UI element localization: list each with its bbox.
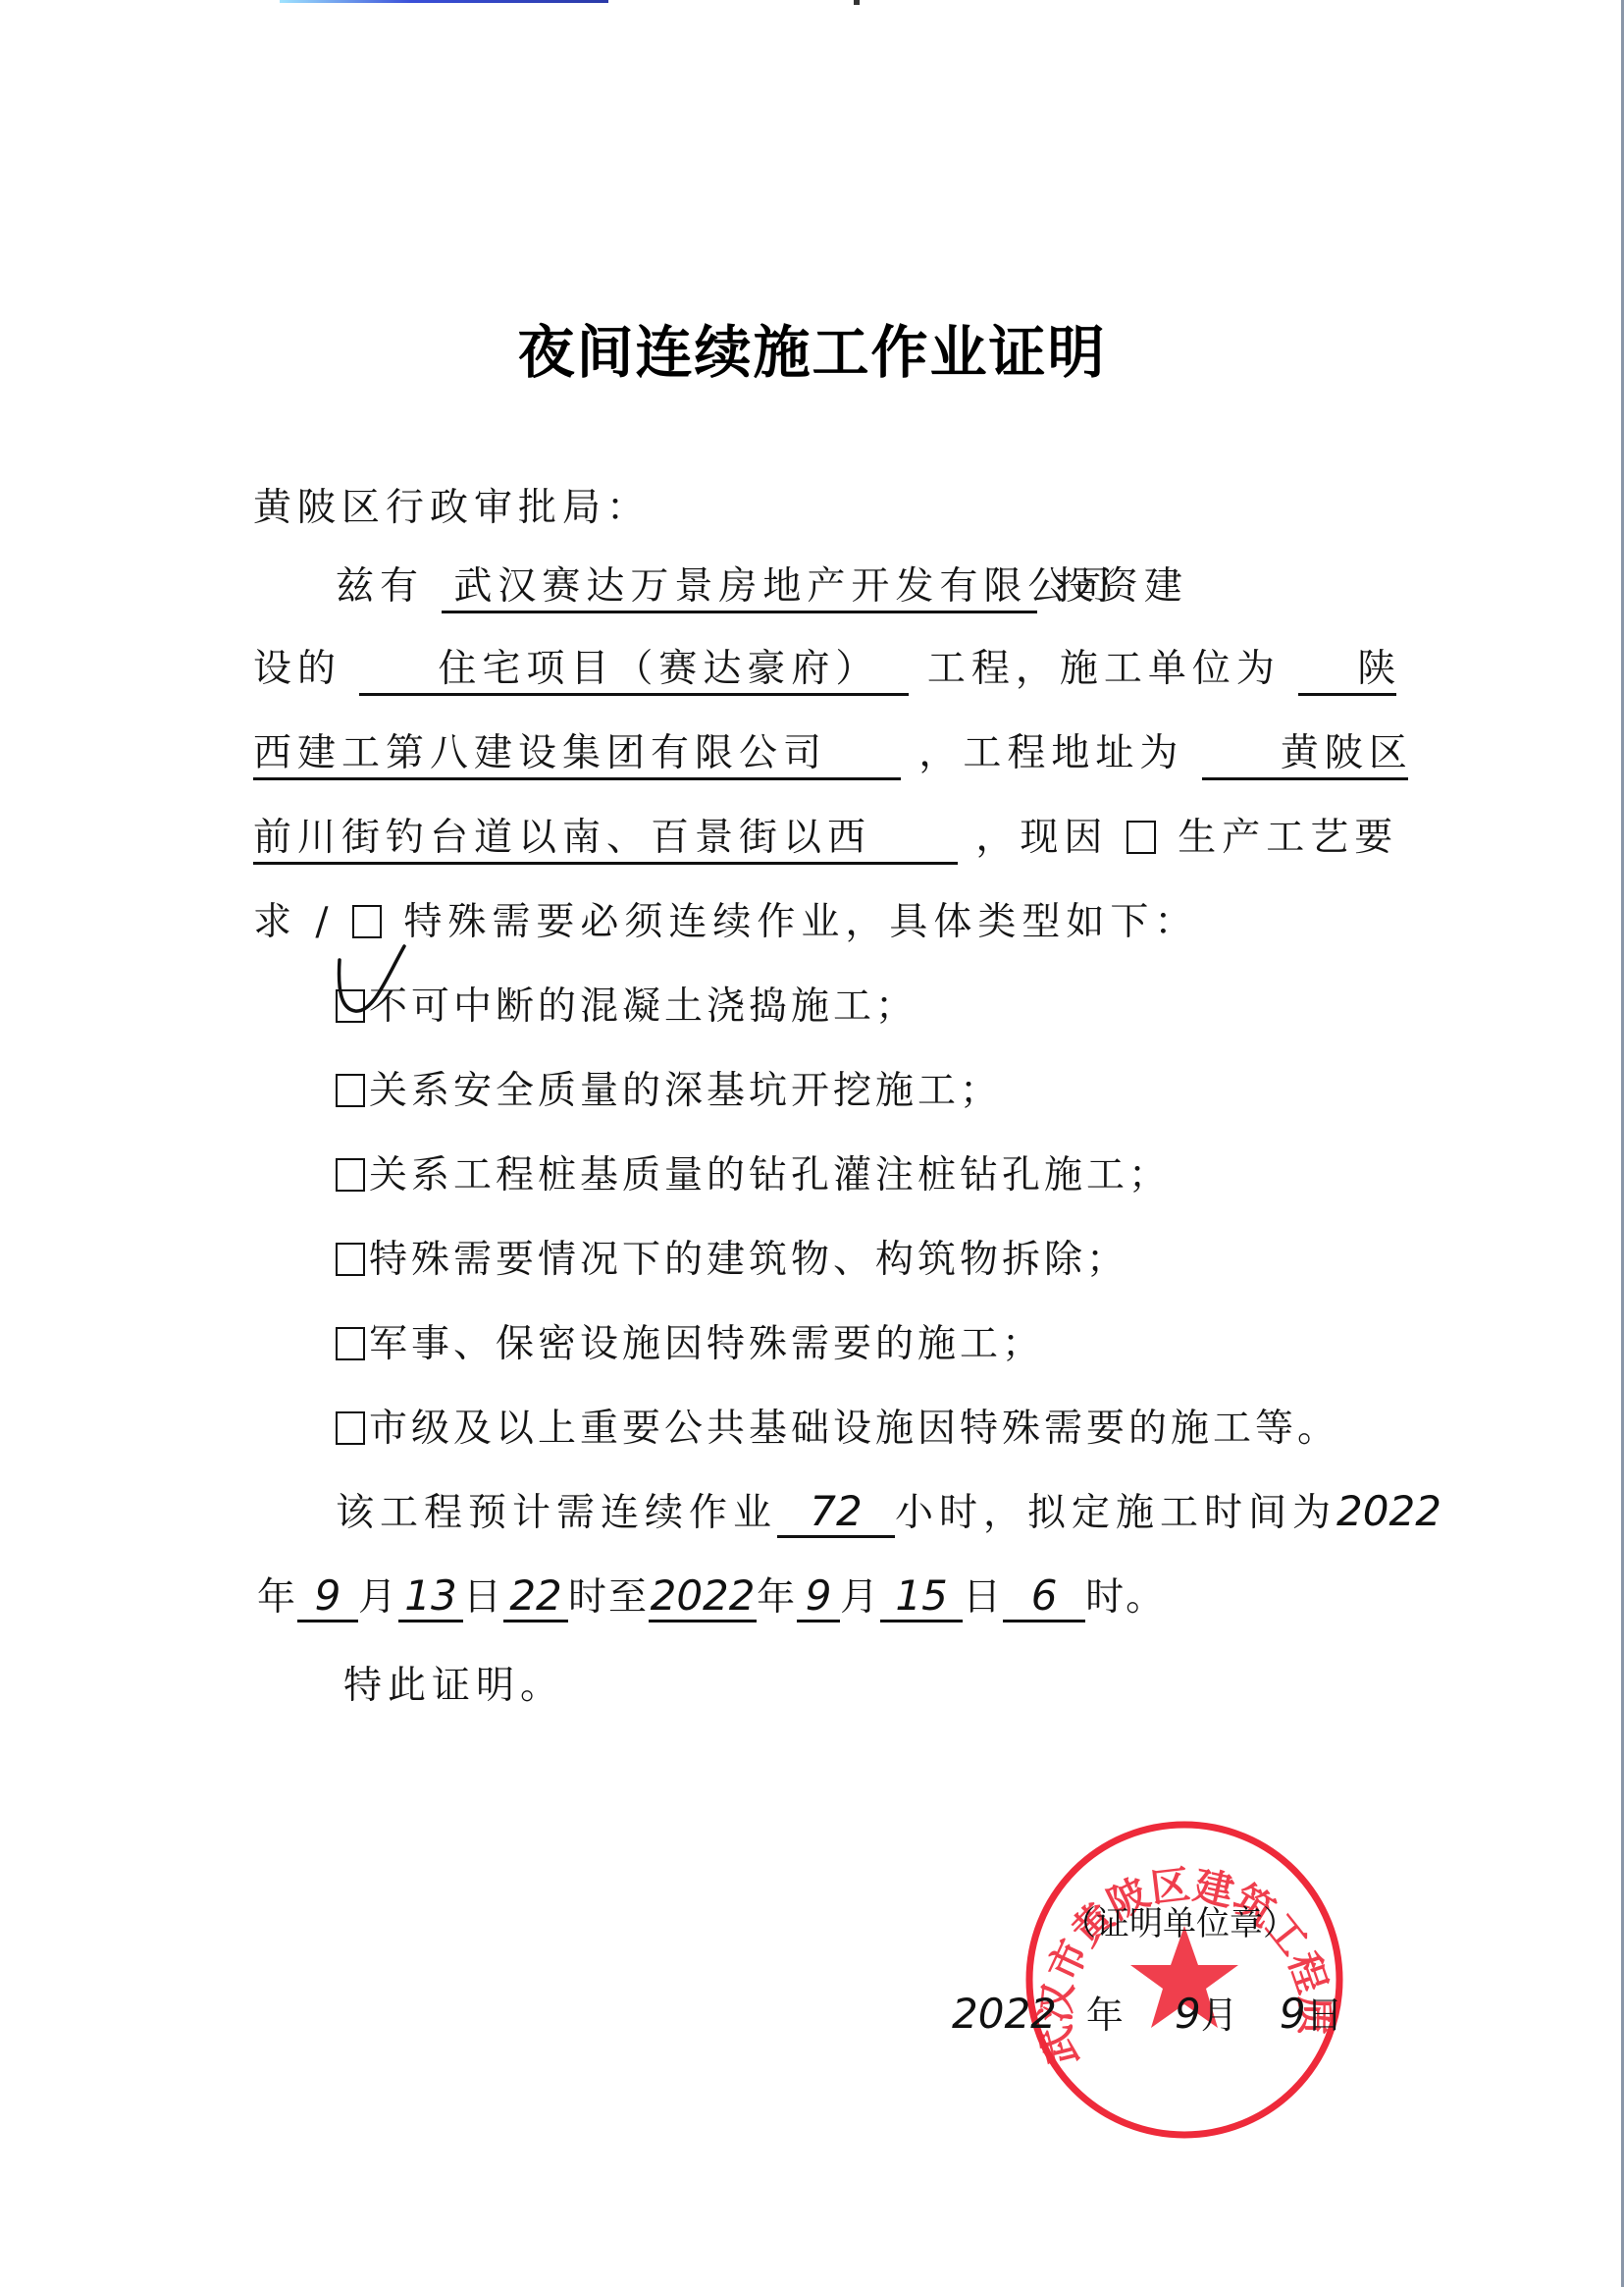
sign-date: 2022年 9月 9日	[952, 1985, 1343, 2039]
type-checkbox-3[interactable]	[336, 1158, 365, 1192]
type-checkbox-6[interactable]	[336, 1411, 365, 1445]
contractor-field-part1: 陕	[1298, 638, 1396, 696]
type-item-3: 关系工程桩基质量的钻孔灌注桩钻孔施工；	[336, 1144, 1171, 1199]
duration-line: 该工程预计需连续作业72小时，拟定施工时间为2022	[336, 1482, 1441, 1538]
type-checkbox-2[interactable]	[336, 1074, 365, 1107]
type-checkbox-4[interactable]	[336, 1243, 365, 1276]
reason-checkbox-process[interactable]	[1126, 821, 1156, 854]
address-field-part1: 黄陂区	[1202, 722, 1408, 780]
type-item-1: 不可中断的混凝土浇捣施工；	[336, 976, 917, 1031]
end-month-field: 9	[797, 1571, 840, 1622]
type-checkbox-5[interactable]	[336, 1327, 365, 1360]
end-hour-field: 6	[1003, 1571, 1085, 1622]
start-hour-field: 22	[503, 1571, 568, 1622]
paragraph-line-5: 求 / 特殊需要必须连续作业，具体类型如下：	[253, 891, 1198, 946]
period-line: 年9月13日22时至2022年9月15日6时。	[257, 1567, 1166, 1622]
paragraph-line-1: 兹有 武汉赛达万景房地产开发有限公司 投资建	[336, 556, 1188, 613]
project-field: 住宅项目（赛达豪府）	[359, 638, 909, 696]
paragraph-line-2: 设的 住宅项目（赛达豪府） 工程，施工单位为 陕	[253, 638, 1396, 696]
investor-field: 武汉赛达万景房地产开发有限公司	[442, 556, 1037, 613]
type-item-6: 市级及以上重要公共基础设施因特殊需要的施工等。	[336, 1398, 1339, 1453]
official-seal-icon: 武汉市黄陂区建筑工程质量监督站	[1021, 1816, 1349, 2145]
reason-checkbox-special[interactable]	[352, 905, 382, 938]
stamp-label: （证明单位章）	[1063, 1896, 1296, 1944]
sign-month: 9	[1175, 1990, 1201, 2038]
type-item-2: 关系安全质量的深基坑开挖施工；	[336, 1060, 1002, 1115]
type-item-5: 军事、保密设施因特殊需要的施工；	[336, 1313, 1044, 1368]
address-field-part2: 前川街钓台道以南、百景街以西	[253, 807, 958, 865]
sign-year: 2022	[952, 1990, 1057, 2038]
end-year-field: 2022	[649, 1571, 757, 1622]
hours-field: 72	[777, 1487, 895, 1538]
addressee: 黄陂区行政审批局：	[253, 477, 651, 532]
contractor-field-part2: 西建工第八建设集团有限公司	[253, 722, 901, 780]
scan-artifact-mark	[854, 0, 860, 5]
end-day-field: 15	[880, 1571, 963, 1622]
closing-statement: 特此证明。	[343, 1655, 564, 1710]
type-checkbox-1[interactable]	[336, 989, 365, 1023]
sign-day: 9	[1280, 1990, 1306, 2038]
type-item-4: 特殊需要情况下的建筑物、构筑物拆除；	[336, 1229, 1128, 1284]
start-year-field: 2022	[1336, 1487, 1441, 1535]
document-title: 夜间连续施工作业证明	[0, 306, 1624, 389]
start-day-field: 13	[398, 1571, 463, 1622]
start-month-field: 9	[297, 1571, 358, 1622]
scan-artifact-band	[280, 0, 608, 3]
paragraph-line-3: 西建工第八建设集团有限公司 ，工程地址为 黄陂区	[253, 722, 1408, 780]
paragraph-line-4: 前川街钓台道以南、百景街以西 ，现因 生产工艺要	[253, 807, 1398, 865]
